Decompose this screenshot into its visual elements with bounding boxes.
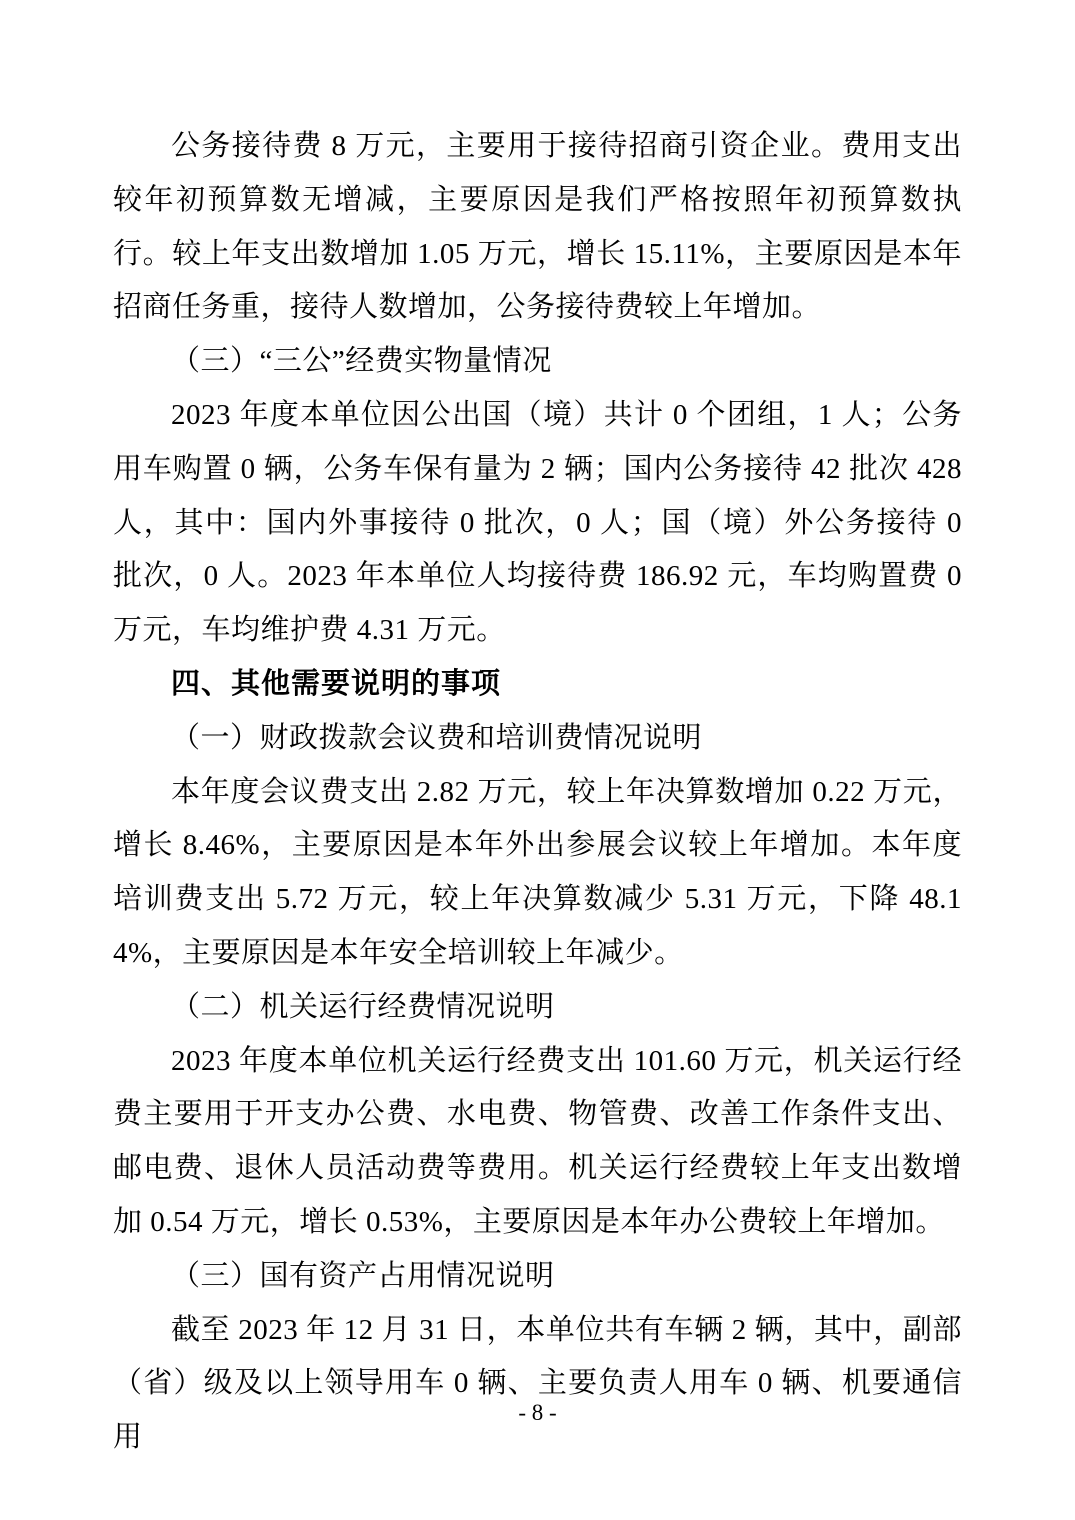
paragraph-state-owned-assets-details: 截至 2023 年 12 月 31 日，本单位共有车辆 2 辆，其中，副部（省）… [113,1304,962,1465]
document-page: 公务接待费 8 万元，主要用于接待招商引资企业。费用支出较年初预算数无增减，主要… [0,0,1075,1520]
page-number-footer: - 8 - [0,1398,1075,1428]
paragraph-agency-operating-funds-details: 2023 年度本单位机关运行经费支出 101.60 万元，机关运行经费主要用于开… [113,1035,962,1250]
sub-heading-meeting-and-training-fees: （一）财政拨款会议费和培训费情况说明 [113,712,962,766]
sub-heading-three-public-expense-physical-quantity: （三）“三公”经费实物量情况 [113,335,962,389]
paragraph-meeting-and-training-fees-details: 本年度会议费支出 2.82 万元，较上年决算数增加 0.22 万元，增长 8.4… [113,766,962,981]
sub-heading-state-owned-assets-occupation: （三）国有资产占用情况说明 [113,1250,962,1304]
paragraph-official-reception-expense: 公务接待费 8 万元，主要用于接待招商引资企业。费用支出较年初预算数无增减，主要… [113,120,962,335]
paragraph-three-public-expense-details: 2023 年度本单位因公出国（境）共计 0 个团组，1 人；公务用车购置 0 辆… [113,389,962,658]
heading-section-four-other-matters: 四、其他需要说明的事项 [113,658,962,712]
document-body: 公务接待费 8 万元，主要用于接待招商引资企业。费用支出较年初预算数无增减，主要… [113,120,962,1465]
sub-heading-agency-operating-funds: （二）机关运行经费情况说明 [113,981,962,1035]
